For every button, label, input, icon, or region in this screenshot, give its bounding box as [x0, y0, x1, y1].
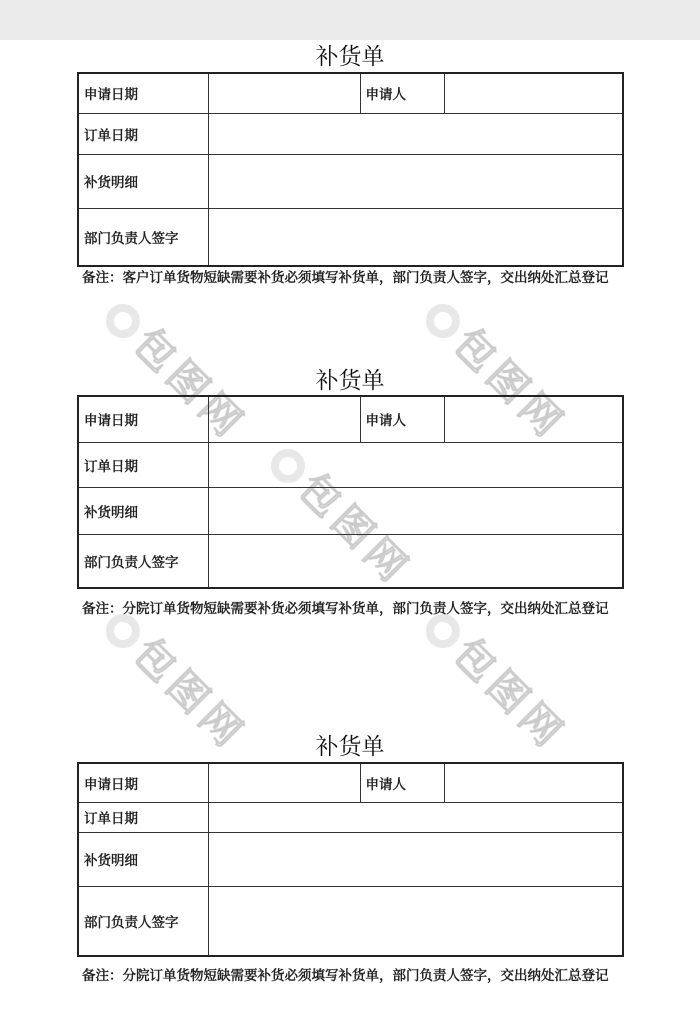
restock-detail-field[interactable] [208, 154, 623, 208]
form-title: 补货单 [0, 734, 700, 760]
form-note: 备注：分院订单货物短缺需要补货必须填写补货单，部门负责人签字，交出纳处汇总登记 [82, 600, 617, 619]
order-date-label: 订单日期 [78, 442, 208, 487]
form-note: 备注：客户订单货物短缺需要补货必须填写补货单，部门负责人签字，交出纳处汇总登记 [82, 269, 617, 288]
dept-head-signature-field[interactable] [208, 208, 623, 266]
restock-form-table: 申请日期 申请人 订单日期 补货明细 部门负责人签字 [77, 72, 624, 267]
restock-detail-label: 补货明细 [78, 154, 208, 208]
order-date-field[interactable] [208, 442, 623, 487]
apply-date-label: 申请日期 [78, 396, 208, 442]
dept-head-signature-label: 部门负责人签字 [78, 886, 208, 956]
form-note: 备注：分院订单货物短缺需要补货必须填写补货单，部门负责人签字，交出纳处汇总登记 [82, 967, 617, 986]
dept-head-signature-label: 部门负责人签字 [78, 534, 208, 588]
watermark-logo-icon [99, 297, 147, 345]
applicant-label: 申请人 [360, 763, 444, 802]
order-date-field[interactable] [208, 113, 623, 154]
restock-form-table: 申请日期 申请人 订单日期 补货明细 部门负责人签字 [77, 395, 624, 589]
dept-head-signature-label: 部门负责人签字 [78, 208, 208, 266]
order-date-label: 订单日期 [78, 113, 208, 154]
apply-date-field[interactable] [208, 396, 360, 442]
applicant-field[interactable] [444, 73, 623, 113]
restock-detail-label: 补货明细 [78, 832, 208, 886]
apply-date-field[interactable] [208, 73, 360, 113]
dept-head-signature-field[interactable] [208, 886, 623, 956]
applicant-label: 申请人 [360, 73, 444, 113]
restock-detail-field[interactable] [208, 487, 623, 534]
restock-detail-label: 补货明细 [78, 487, 208, 534]
applicant-label: 申请人 [360, 396, 444, 442]
apply-date-label: 申请日期 [78, 763, 208, 802]
form-title: 补货单 [0, 44, 700, 70]
apply-date-field[interactable] [208, 763, 360, 802]
top-gray-bar [0, 0, 700, 40]
watermark-logo-icon [419, 297, 467, 345]
apply-date-label: 申请日期 [78, 73, 208, 113]
dept-head-signature-field[interactable] [208, 534, 623, 588]
restock-detail-field[interactable] [208, 832, 623, 886]
applicant-field[interactable] [444, 396, 623, 442]
form-title: 补货单 [0, 368, 700, 394]
applicant-field[interactable] [444, 763, 623, 802]
order-date-label: 订单日期 [78, 802, 208, 832]
restock-form-table: 申请日期 申请人 订单日期 补货明细 部门负责人签字 [77, 762, 624, 957]
order-date-field[interactable] [208, 802, 623, 832]
